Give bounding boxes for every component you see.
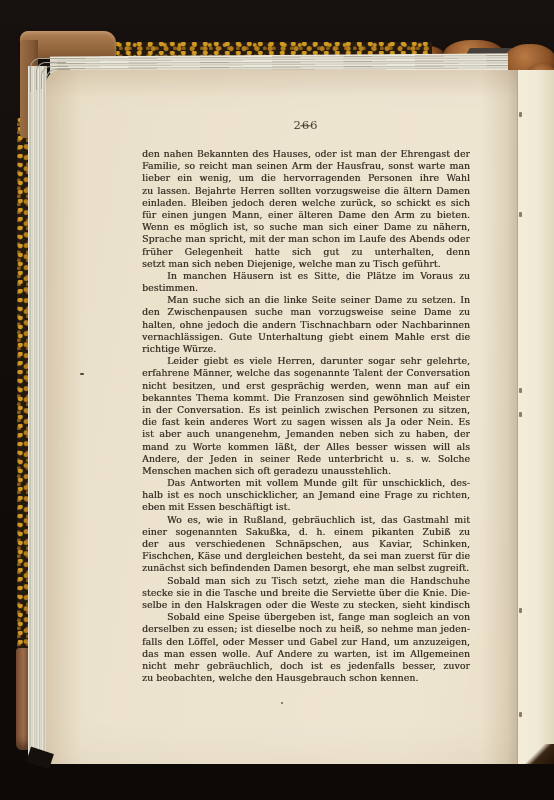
text-line: einer sogenannten Sakußka, d. h. einem p… <box>142 527 470 539</box>
gutter-shadow <box>482 70 518 764</box>
text-line: Das Antworten mit vollem Munde gilt für … <box>142 478 470 490</box>
page-corner-chip <box>26 747 54 770</box>
binding-stitch <box>519 212 522 217</box>
text-line: zunächst sich befindenden Damen besorgt,… <box>142 563 470 575</box>
text-line: derselben zu essen; ist dieselbe noch zu… <box>142 624 470 636</box>
text-line: erfahrene Männer, welche das sogenannte … <box>142 368 470 380</box>
ink-speck <box>281 702 283 704</box>
text-line: das man essen wolle. Auf Andere zu warte… <box>142 649 470 661</box>
text-line: lieber ein wenig, um die hervorragenden … <box>142 173 470 185</box>
binding-stitch <box>519 412 522 417</box>
text-line: halb ist es noch unschicklicher, an Jema… <box>142 490 470 502</box>
text-line: bestimmen. <box>142 283 470 295</box>
text-line: zu lassen. Bejahrte Herren sollten vorzu… <box>142 186 470 198</box>
text-line: Wenn es möglich ist, so suche man sich e… <box>142 222 470 234</box>
text-line: der aus verschiedenen Schnäpschen, aus K… <box>142 539 470 551</box>
text-line: selbe in den Halskragen oder die Weste z… <box>142 600 470 612</box>
book-page: — 266 — den nahen Bekannten des Hauses, … <box>46 70 554 764</box>
text-line: den nahen Bekannten des Hauses, oder ist… <box>142 149 470 161</box>
binding-stitch <box>519 112 522 117</box>
text-line: Sprache man spricht, mit der man schon i… <box>142 234 470 246</box>
page-edges-left <box>28 66 47 758</box>
binding-stitch <box>519 712 522 717</box>
text-line: den Zwischenpausen suche man vorzugsweis… <box>142 307 470 319</box>
text-line: vernachlässigen. Gute Unterhaltung giebt… <box>142 332 470 344</box>
binding-stitch <box>519 388 522 393</box>
text-line: Familie, so reicht man seinen Arm der Ha… <box>142 161 470 173</box>
gutter-fold <box>517 70 554 764</box>
ink-speck <box>80 373 84 375</box>
text-line: einladen. Bleiben jedoch deren welche zu… <box>142 198 470 210</box>
text-line: Sobald eine Speise übergeben ist, fange … <box>142 612 470 624</box>
text-line: ist aber auch unangenehm, Jemanden neben… <box>142 429 470 441</box>
text-line: mand zu Worte kommen läßt, der Alles bes… <box>142 442 470 454</box>
text-line: Leider giebt es viele Herren, darunter s… <box>142 356 470 368</box>
text-line: In manchen Häusern ist es Sitte, die Plä… <box>142 271 470 283</box>
text-line: Menschen machen sich oft geradezu unauss… <box>142 466 470 478</box>
text-line: richtige Würze. <box>142 344 470 356</box>
text-line: bekanntes Thema kommt. Die Franzosen sin… <box>142 393 470 405</box>
text-line: setzt man sich neben Diejenige, welche m… <box>142 259 470 271</box>
text-line: nicht mehr gebräuchlich, doch ist es jed… <box>142 661 470 673</box>
text-line: Man suche sich an die linke Seite seiner… <box>142 295 470 307</box>
text-line: früher Gelegenheit hatte sich gut zu unt… <box>142 247 470 259</box>
text-line: in der Conversation. Es ist peinlich zwi… <box>142 405 470 417</box>
text-line: falls den Löffel, oder Messer und Gabel … <box>142 637 470 649</box>
text-line: Wo es, wie in Rußland, gebräuchlich ist,… <box>142 515 470 527</box>
binding-stitch <box>519 608 522 613</box>
text-line: nicht besitzen, und erst gesprächig werd… <box>142 381 470 393</box>
text-line: halten, ohne jedoch die andern Tischnach… <box>142 320 470 332</box>
text-line: für einen jungen Mann, einer älteren Dam… <box>142 210 470 222</box>
text-line: zu beobachten, welche den Hausgebrauch s… <box>142 673 470 685</box>
page-header: — 266 — <box>142 117 470 133</box>
text-line: Fischchen, Käse und dergleichen besteht,… <box>142 551 470 563</box>
text-line: die fast kein anderes Wort zu sagen wiss… <box>142 417 470 429</box>
text-line: eben mit Essen beschäftigt ist. <box>142 502 470 514</box>
text-block: den nahen Bekannten des Hauses, oder ist… <box>142 149 470 685</box>
text-line: stecke sie in die Tasche und breite die … <box>142 588 470 600</box>
book: — 266 — den nahen Bekannten des Hauses, … <box>0 0 554 800</box>
header-dash: — <box>300 118 313 132</box>
photo-background: — 266 — den nahen Bekannten des Hauses, … <box>0 0 554 800</box>
text-line: Sobald man sich zu Tisch setzt, ziehe ma… <box>142 576 470 588</box>
cover-corner-bottom-right <box>520 744 554 764</box>
text-line: Andere, der Jeden in seiner Rede unterbr… <box>142 454 470 466</box>
